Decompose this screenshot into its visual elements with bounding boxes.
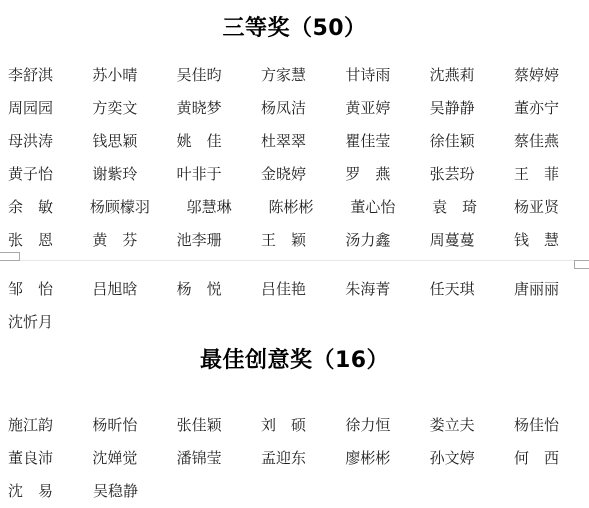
name-item: 谢紫玲 xyxy=(92,165,137,183)
name-row: 沈忻月 xyxy=(0,313,589,331)
winner-list: 施江韵杨昕怡张佳颖刘 硕徐力恒娄立夫杨佳怡董良沛沈婵觉潘锦莹孟迎东廖彬彬孙文婷何… xyxy=(0,416,589,500)
name-row: 周园园方奕文黄晓梦杨凤洁黄亚婷吴静静董亦宁 xyxy=(0,99,589,117)
name-row: 余 敏杨顾檬羽邬慧琳陈彬彬董心怡袁 琦杨亚贤 xyxy=(0,198,589,216)
name-row: 邹 怡吕旭晗杨 悦吕佳艳朱海菁任天琪唐丽丽 xyxy=(0,280,589,298)
winner-list: 李舒淇苏小晴吴佳昀方家慧甘诗雨沈燕莉蔡婷婷周园园方奕文黄晓梦杨凤洁黄亚婷吴静静董… xyxy=(0,66,589,331)
name-item: 汤力鑫 xyxy=(345,231,390,249)
name-item: 陈彬彬 xyxy=(268,198,313,216)
name-item: 潘锦莹 xyxy=(177,449,222,467)
name-item: 沈 易 xyxy=(8,482,53,500)
name-item: 甘诗雨 xyxy=(345,66,390,84)
name-row: 沈 易吴稳静 xyxy=(0,482,589,500)
name-item: 吕佳艳 xyxy=(261,280,306,298)
name-item: 董心怡 xyxy=(350,198,395,216)
name-item: 沈燕莉 xyxy=(430,66,475,84)
name-item: 沈婵觉 xyxy=(92,449,137,467)
name-row: 董良沛沈婵觉潘锦莹孟迎东廖彬彬孙文婷何 西 xyxy=(0,449,589,467)
name-item: 杨亚贤 xyxy=(514,198,559,216)
name-item: 张 恩 xyxy=(8,231,53,249)
name-item: 沈忻月 xyxy=(8,313,53,331)
name-item: 黄亚婷 xyxy=(345,99,390,117)
name-row: 张 恩黄 芬池李珊王 颖汤力鑫周蔓蔓钱 慧 xyxy=(0,231,589,249)
name-item: 黄晓梦 xyxy=(177,99,222,117)
name-item: 吴稳静 xyxy=(93,482,138,500)
name-item: 杜翠翠 xyxy=(261,132,306,150)
name-item: 罗 燕 xyxy=(345,165,390,183)
name-item: 钱思颖 xyxy=(92,132,137,150)
name-item: 蔡婷婷 xyxy=(514,66,559,84)
name-item: 董良沛 xyxy=(8,449,53,467)
section-title: 三等奖（50） xyxy=(0,14,589,44)
name-item: 李舒淇 xyxy=(8,66,53,84)
name-item: 方奕文 xyxy=(92,99,137,117)
name-item: 钱 慧 xyxy=(514,231,559,249)
name-row: 母洪涛钱思颖姚 佳杜翠翠瞿佳莹徐佳颖蔡佳燕 xyxy=(0,132,589,150)
document-page: 三等奖（50） 李舒淇苏小晴吴佳昀方家慧甘诗雨沈燕莉蔡婷婷周园园方奕文黄晓梦杨凤… xyxy=(0,0,589,508)
section-title: 最佳创意奖（16） xyxy=(0,346,589,376)
name-item: 母洪涛 xyxy=(8,132,53,150)
name-item: 刘 硕 xyxy=(261,416,306,434)
name-item: 邬慧琳 xyxy=(187,198,232,216)
name-item: 蔡佳燕 xyxy=(514,132,559,150)
name-item: 吴佳昀 xyxy=(177,66,222,84)
name-item: 王 颖 xyxy=(261,231,306,249)
section-third-prize: 三等奖（50） 李舒淇苏小晴吴佳昀方家慧甘诗雨沈燕莉蔡婷婷周园园方奕文黄晓梦杨凤… xyxy=(0,14,589,331)
name-item: 徐力恒 xyxy=(345,416,390,434)
name-item: 方家慧 xyxy=(261,66,306,84)
name-item: 唐丽丽 xyxy=(514,280,559,298)
name-item: 孙文婷 xyxy=(430,449,475,467)
name-item: 杨顾檬羽 xyxy=(90,198,150,216)
name-item: 吴静静 xyxy=(430,99,475,117)
name-item: 金晓婷 xyxy=(261,165,306,183)
name-item: 周园园 xyxy=(8,99,53,117)
name-row: 黄子怡谢紫玲叶非于金晓婷罗 燕张芸玢王 菲 xyxy=(0,165,589,183)
name-row: 李舒淇苏小晴吴佳昀方家慧甘诗雨沈燕莉蔡婷婷 xyxy=(0,66,589,84)
section-best-creativity-award: 最佳创意奖（16） 施江韵杨昕怡张佳颖刘 硕徐力恒娄立夫杨佳怡董良沛沈婵觉潘锦莹… xyxy=(0,346,589,500)
name-item: 王 菲 xyxy=(514,165,559,183)
name-item: 苏小晴 xyxy=(92,66,137,84)
name-item: 孟迎东 xyxy=(261,449,306,467)
name-item: 朱海菁 xyxy=(345,280,390,298)
name-item: 姚 佳 xyxy=(177,132,222,150)
name-item: 张芸玢 xyxy=(430,165,475,183)
name-item: 池李珊 xyxy=(177,231,222,249)
name-item: 瞿佳莹 xyxy=(345,132,390,150)
name-item: 杨佳怡 xyxy=(514,416,559,434)
name-item: 杨凤洁 xyxy=(261,99,306,117)
name-item: 邹 怡 xyxy=(8,280,53,298)
name-item: 任天琪 xyxy=(430,280,475,298)
name-item: 杨 悦 xyxy=(177,280,222,298)
name-item: 娄立夫 xyxy=(430,416,475,434)
name-item: 叶非于 xyxy=(177,165,222,183)
name-item: 廖彬彬 xyxy=(345,449,390,467)
name-item: 黄子怡 xyxy=(8,165,53,183)
name-row: 施江韵杨昕怡张佳颖刘 硕徐力恒娄立夫杨佳怡 xyxy=(0,416,589,434)
name-item: 何 西 xyxy=(514,449,559,467)
name-item: 吕旭晗 xyxy=(92,280,137,298)
name-item: 施江韵 xyxy=(8,416,53,434)
name-item: 张佳颖 xyxy=(177,416,222,434)
name-item: 徐佳颖 xyxy=(430,132,475,150)
name-item: 余 敏 xyxy=(8,198,53,216)
name-item: 杨昕怡 xyxy=(92,416,137,434)
name-item: 董亦宁 xyxy=(514,99,559,117)
name-item: 袁 琦 xyxy=(432,198,477,216)
name-item: 周蔓蔓 xyxy=(430,231,475,249)
name-item: 黄 芬 xyxy=(92,231,137,249)
